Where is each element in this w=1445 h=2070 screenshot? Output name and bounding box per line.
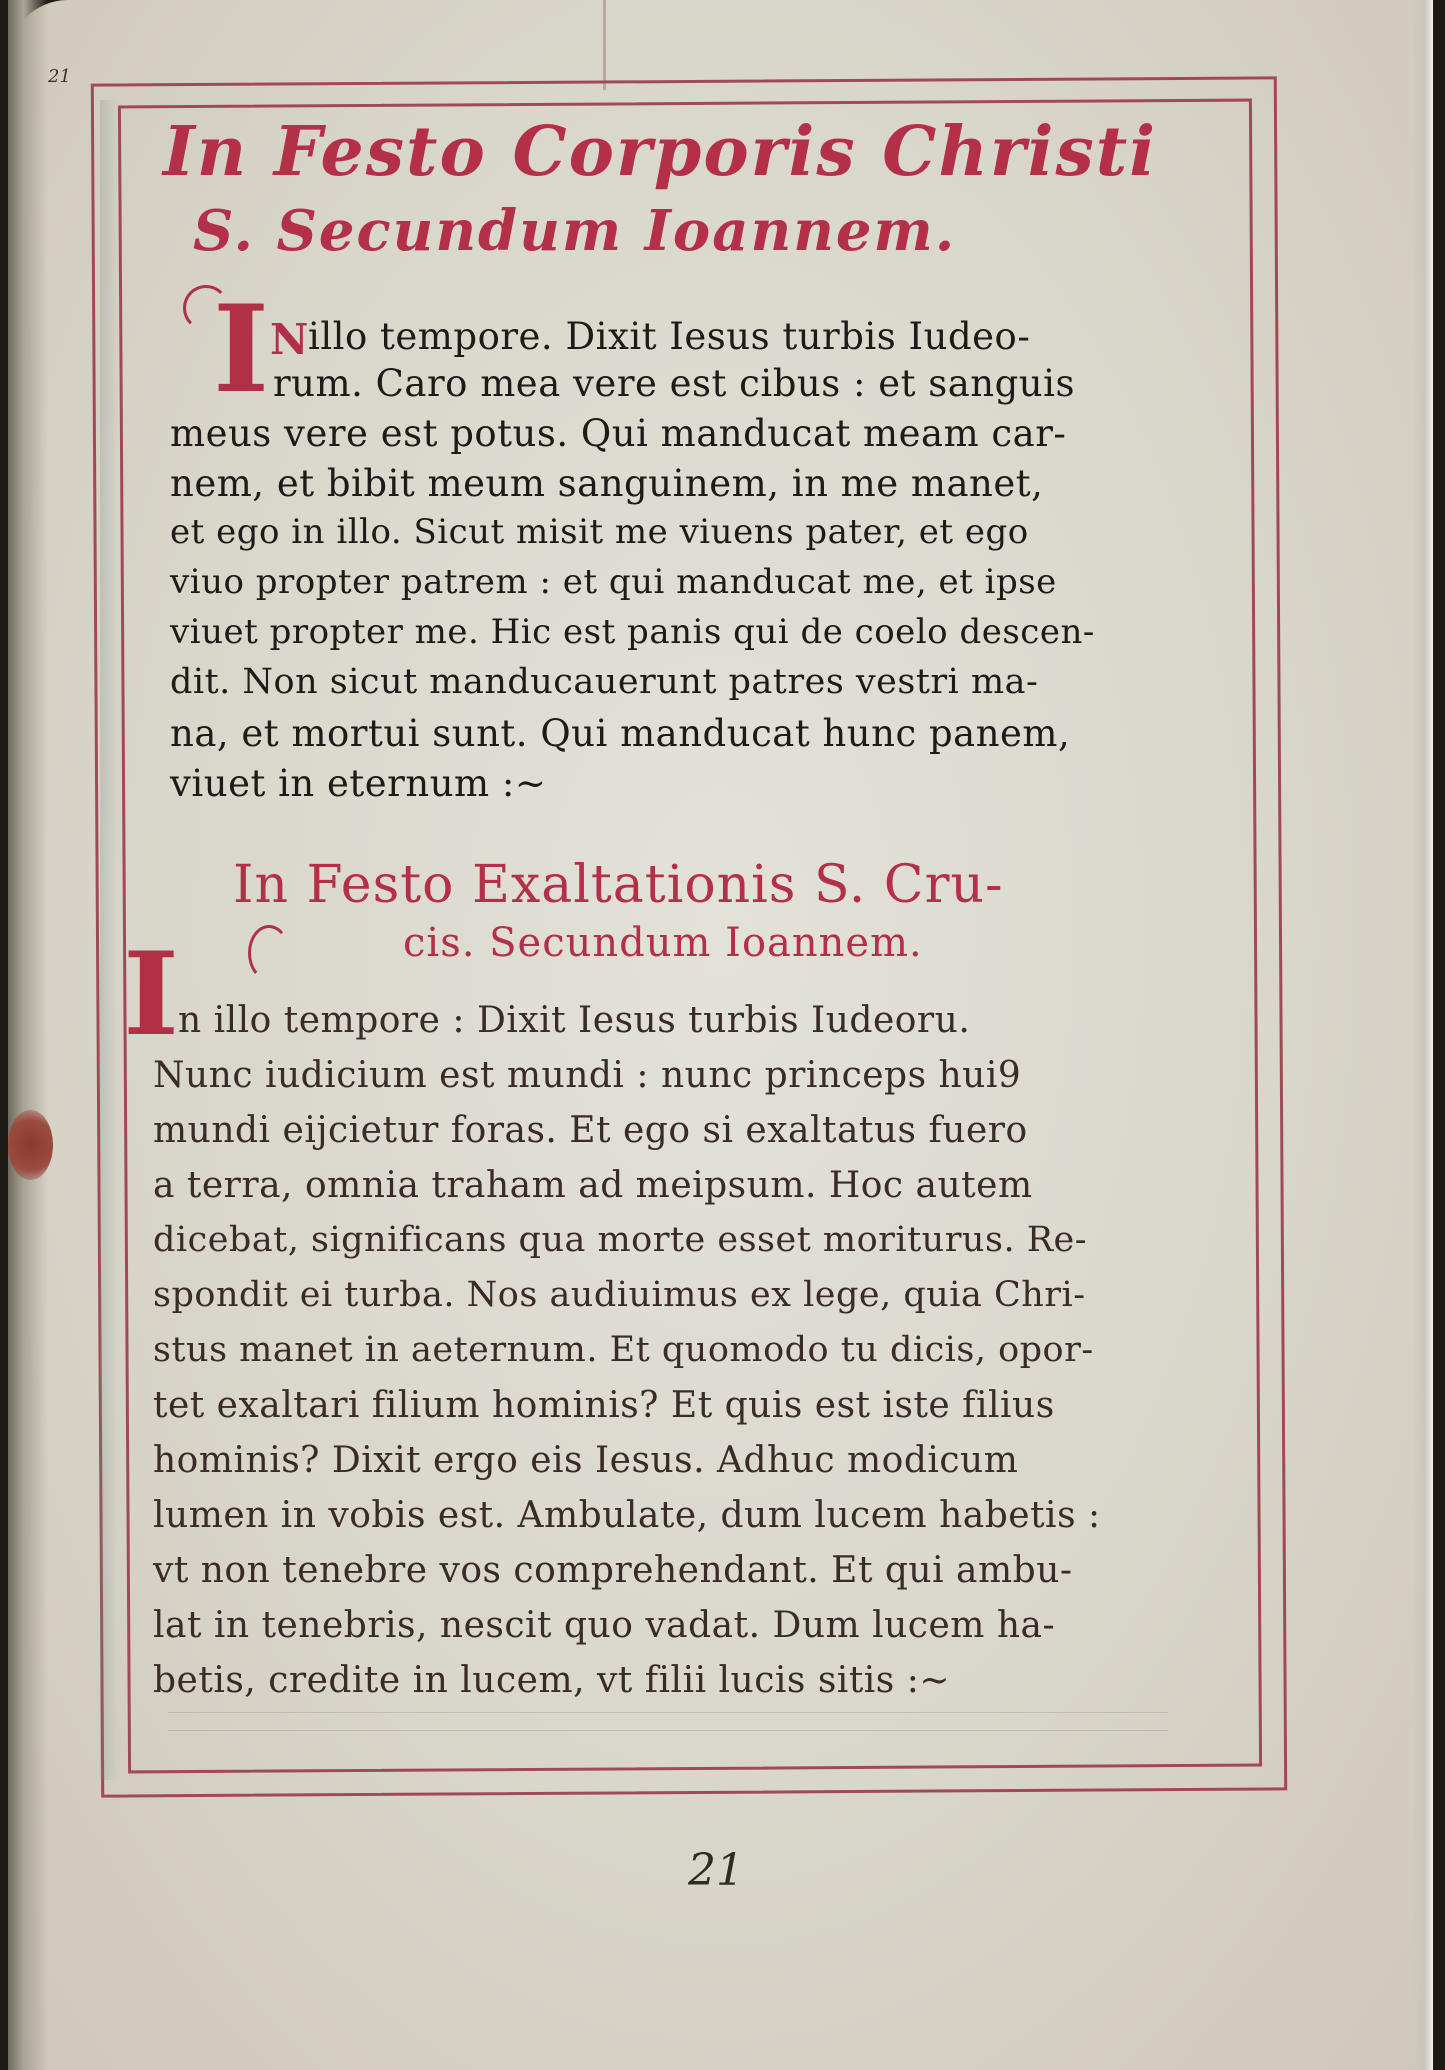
text-line: betis, credite in lucem, vt filii lucis … bbox=[153, 1660, 950, 1701]
section1-heading-line1: In Festo Corporis Christi bbox=[163, 112, 1157, 192]
flourish-ornament bbox=[248, 925, 290, 981]
text-line: tet exaltari filium hominis? Et quis est… bbox=[153, 1385, 1055, 1426]
ruling-line bbox=[168, 1712, 1168, 1713]
text-line: dicebat, significans qua morte esset mor… bbox=[153, 1220, 1087, 1260]
section2-heading-line2: cis. Secundum Ioannem. bbox=[403, 920, 923, 966]
text-line: illo tempore. Dixit Iesus turbis Iudeo- bbox=[308, 315, 1030, 358]
text-line: spondit ei turba. Nos audiuimus ex lege,… bbox=[153, 1275, 1086, 1315]
text-line: n illo tempore : Dixit Iesus turbis Iude… bbox=[178, 1000, 970, 1041]
ink-stain bbox=[8, 1110, 53, 1180]
text-line: et ego in illo. Sicut misit me viuens pa… bbox=[170, 512, 1029, 552]
text-line: stus manet in aeternum. Et quomodo tu di… bbox=[153, 1330, 1094, 1370]
manuscript-page: 21 In Festo Corporis Christi S. Secundum… bbox=[8, 0, 1433, 2070]
text-line: dit. Non sicut manducauerunt patres vest… bbox=[170, 662, 1038, 702]
section2-initial-letter: I bbox=[123, 938, 179, 1052]
text-line: Nunc iudicium est mundi : nunc princeps … bbox=[153, 1055, 1021, 1096]
section1-heading-line2: S. Secundum Ioannem. bbox=[193, 198, 956, 264]
section1-initial-letter: I bbox=[213, 290, 269, 410]
text-line: mundi eijcietur foras. Et ego si exaltat… bbox=[153, 1110, 1028, 1151]
text-line: lumen in vobis est. Ambulate, dum lucem … bbox=[153, 1495, 1101, 1536]
text-line: viuet in eternum :~ bbox=[170, 762, 546, 805]
text-line: nem, et bibit meum sanguinem, in me mane… bbox=[170, 462, 1043, 505]
folio-number-top: 21 bbox=[48, 66, 71, 87]
text-line: vt non tenebre vos comprehendant. Et qui… bbox=[153, 1550, 1073, 1591]
text-line: hominis? Dixit ergo eis Iesus. Adhuc mod… bbox=[153, 1440, 1018, 1481]
text-line: viuo propter patrem : et qui manducat me… bbox=[170, 562, 1057, 602]
ruling-line bbox=[168, 1730, 1168, 1731]
folio-number-bottom: 21 bbox=[688, 1845, 744, 1896]
text-line: rum. Caro mea vere est cibus : et sangui… bbox=[273, 362, 1075, 405]
text-line: lat in tenebris, nescit quo vadat. Dum l… bbox=[153, 1605, 1055, 1646]
text-line: na, et mortui sunt. Qui manducat hunc pa… bbox=[170, 712, 1070, 755]
section1-second-letter: N bbox=[270, 315, 308, 364]
text-line: meus vere est potus. Qui manducat meam c… bbox=[170, 412, 1066, 455]
page-fold-crease bbox=[603, 0, 606, 90]
text-line: a terra, omnia traham ad meipsum. Hoc au… bbox=[153, 1165, 1033, 1206]
text-line: viuet propter me. Hic est panis qui de c… bbox=[170, 612, 1095, 652]
section2-heading-line1: In Festo Exaltationis S. Cru- bbox=[233, 855, 1004, 915]
gutter-shading bbox=[100, 100, 118, 1780]
